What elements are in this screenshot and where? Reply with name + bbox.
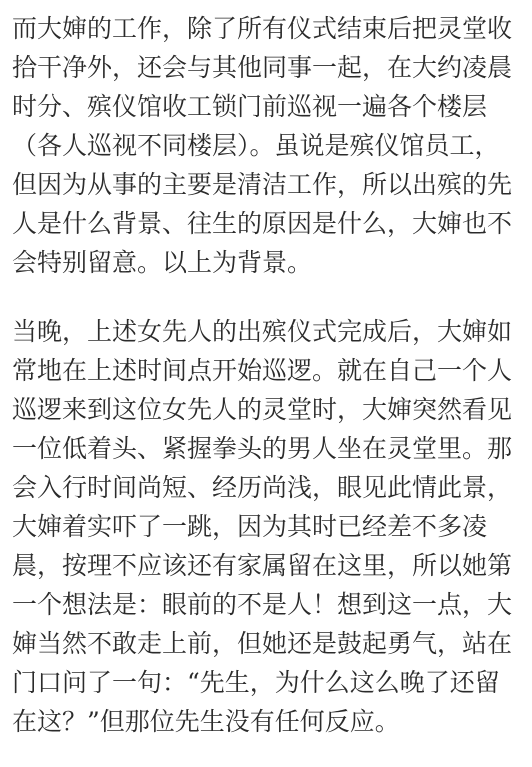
story-paragraph-incident: 当晚，上述女先人的出殡仪式完成后，大婶如常地在上述时间点开始巡逻。就在自己一个人… — [12, 312, 519, 741]
story-paragraph-background: 而大婶的工作，除了所有仪式结束后把灵堂收拾干净外，还会与其他同事一起，在大约凌晨… — [12, 9, 519, 282]
story-text: 而大婶的工作，除了所有仪式结束后把灵堂收拾干净外，还会与其他同事一起，在大约凌晨… — [12, 9, 519, 741]
reader-page: 而大婶的工作，除了所有仪式结束后把灵堂收拾干净外，还会与其他同事一起，在大约凌晨… — [0, 0, 532, 767]
